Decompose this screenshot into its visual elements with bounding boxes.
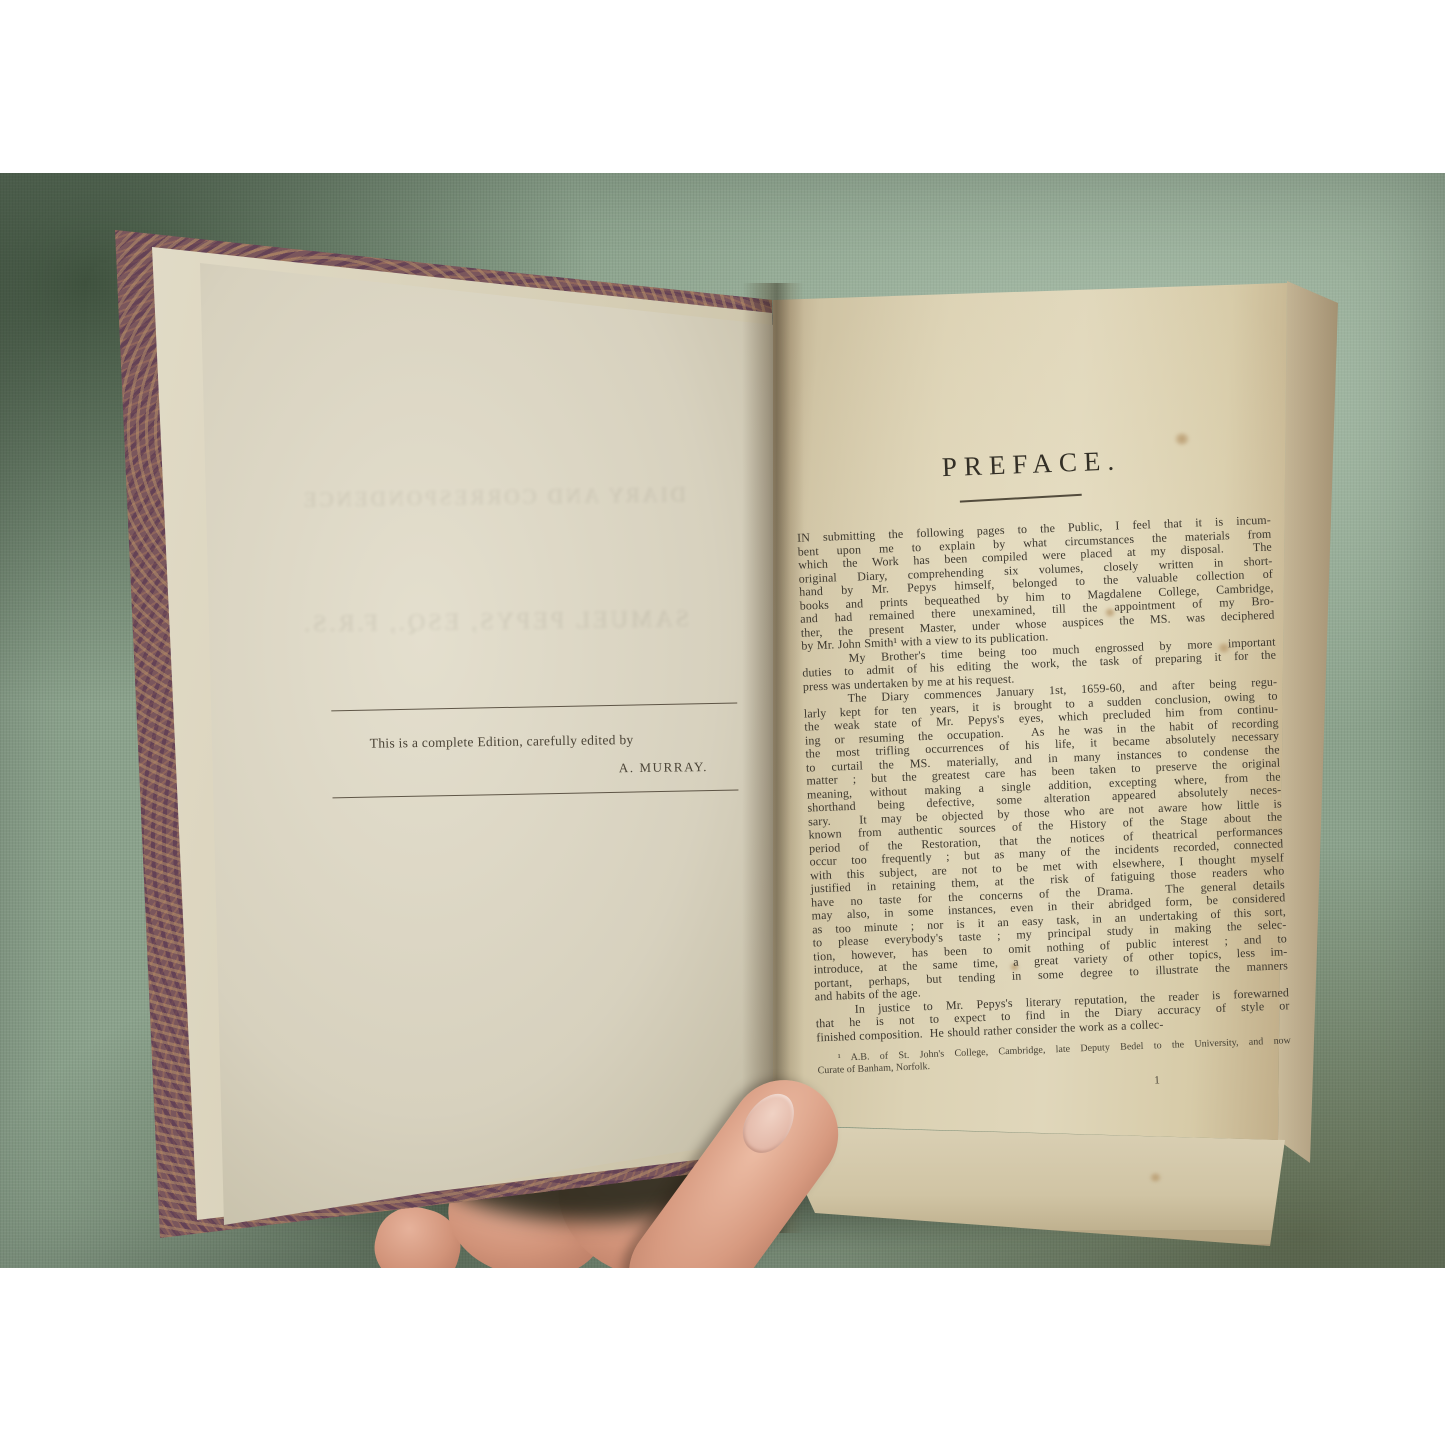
- preface-body: IN submitting the following pages to the…: [797, 514, 1292, 1077]
- book-photograph: DIARY AND CORRESPONDENCE SAMUEL PEPYS, E…: [0, 173, 1445, 1268]
- divider-rule: [333, 790, 739, 799]
- paragraph: The Diary commences January 1st, 1659-60…: [803, 675, 1289, 1003]
- editor-name: A. MURRAY.: [590, 759, 708, 777]
- title-rule: [960, 494, 1082, 502]
- fox-spot: [1150, 1173, 1161, 1182]
- paragraph: IN submitting the following pages to the…: [797, 514, 1275, 654]
- edition-note: This is a complete Edition, carefully ed…: [370, 732, 634, 752]
- page-number: 1: [1154, 1074, 1160, 1086]
- screenshot-canvas: DIARY AND CORRESPONDENCE SAMUEL PEPYS, E…: [0, 0, 1445, 1445]
- preface-page-content: PREFACE. IN submitting the following pag…: [790, 437, 1298, 1135]
- divider-rule: [331, 703, 737, 712]
- show-through-title-line: DIARY AND CORRESPONDENCE: [238, 481, 748, 513]
- show-through-title-line: SAMUEL PEPYS, ESQ., F.R.S.: [240, 605, 750, 639]
- left-page-content: DIARY AND CORRESPONDENCE SAMUEL PEPYS, E…: [205, 253, 788, 1221]
